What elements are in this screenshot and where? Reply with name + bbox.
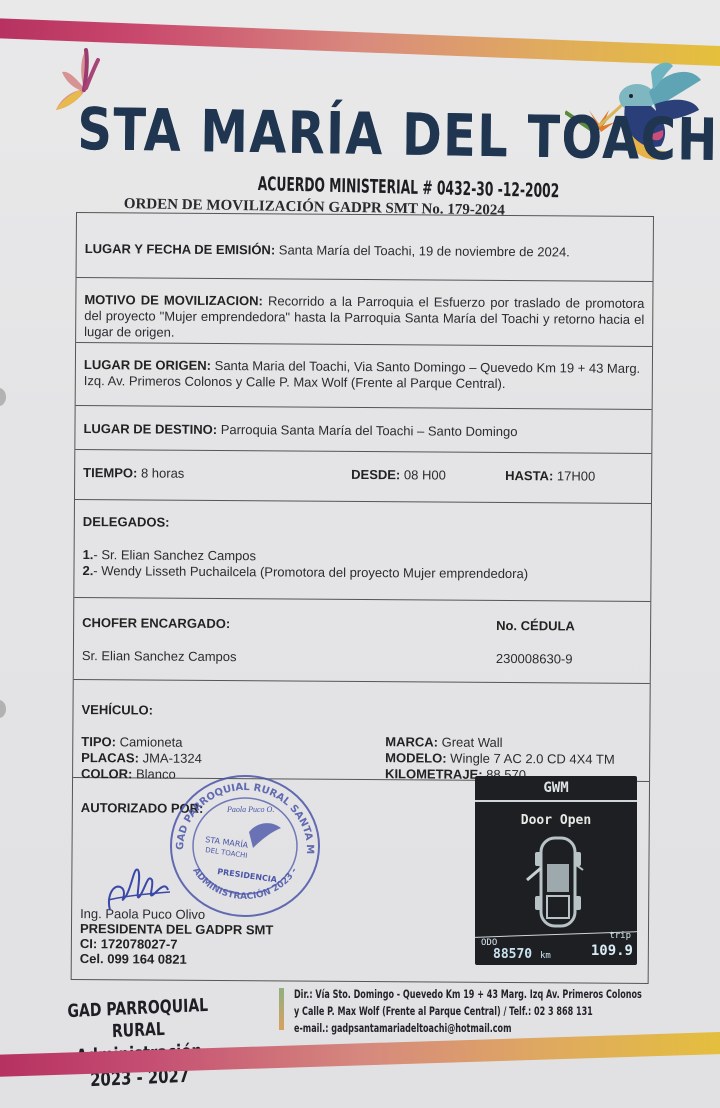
modelo-label: MODELO: — [385, 750, 446, 765]
delegados-label: DELEGADOS: — [83, 514, 643, 534]
acuerdo-ministerial: ACUERDO MINISTERIAL # 0432-30 -12-2002 — [258, 173, 560, 202]
signatory-cel: Cel. 099 164 0821 — [80, 951, 273, 967]
placas-value: JMA-1324 — [143, 750, 202, 765]
odo-unit: km — [540, 951, 551, 961]
odo-value: 88570 — [493, 947, 532, 962]
signature-icon — [104, 856, 174, 916]
marca-label: MARCA: — [385, 734, 438, 749]
odo-reading: 88570 km — [493, 947, 551, 962]
emision-value: Santa María del Toachi, 19 de noviembre … — [279, 242, 570, 259]
trip-label: trip — [609, 931, 631, 941]
svg-text:Paola Puco O.: Paola Puco O. — [226, 805, 274, 814]
origen-label: LUGAR DE ORIGEN: — [84, 357, 211, 373]
dashboard-divider — [475, 800, 637, 802]
footer-contact: Dir.: Vía Sto. Domingo - Quevedo Km 19 +… — [294, 986, 644, 1037]
tipo-value: Camioneta — [120, 734, 183, 749]
footer-organization: GAD PARROQUIAL RURAL Administración 2023… — [54, 994, 224, 1093]
placas-label: PLACAS: — [81, 750, 139, 765]
delegado-number: 1. — [83, 547, 94, 562]
vehiculo-row: VEHÍCULO: TIPO: Camioneta PLACAS: JMA-13… — [73, 680, 650, 782]
cedula-value: 230008630-9 — [496, 651, 573, 668]
hasta-value: 17H00 — [557, 468, 595, 483]
footer-accent-bar — [279, 988, 284, 1030]
desde-label: DESDE: — [351, 467, 400, 482]
destino-value: Parroquia Santa María del Toachi – Santo… — [221, 422, 518, 439]
official-stamp-icon: GAD PARROQUIAL RURAL SANTA MARÍA DEL TOA… — [165, 770, 325, 920]
svg-text:PRESIDENCIA: PRESIDENCIA — [217, 867, 279, 884]
desde-value: 08 H00 — [404, 467, 446, 482]
footer-email: e-mail.: gadpsantamariadeltoachi@hotmail… — [294, 1020, 644, 1037]
dashboard-brand: GWM — [475, 780, 637, 796]
footer-org-name: GAD PARROQUIAL RURAL — [54, 994, 223, 1045]
tiempo-row: TIEMPO: 8 horas DESDE: 08 H00 HASTA: 17H… — [75, 450, 651, 504]
motivo-row: MOTIVO DE MOVILIZACION: Recorrido a la P… — [76, 278, 652, 347]
tiempo-label: TIEMPO: — [83, 465, 137, 480]
delegado-name: - Sr. Elian Sanchez Campos — [93, 547, 256, 563]
trip-value: 109.9 — [591, 943, 633, 959]
car-door-open-icon — [523, 834, 593, 930]
binder-hole — [0, 700, 6, 718]
hasta-label: HASTA: — [505, 468, 553, 483]
delegado-item: 2.- Wendy Lisseth Puchailcela (Promotora… — [82, 563, 642, 583]
delegados-row: DELEGADOS: 1.- Sr. Elian Sanchez Campos … — [74, 500, 651, 602]
odometer-photo: GWM Door Open ODO 88570 km trip 109.9 — [475, 776, 637, 965]
footer-address-line2: y Calle P. Max Wolf (Frente al Parque Ce… — [294, 1003, 644, 1020]
destino-label: LUGAR DE DESTINO: — [83, 421, 217, 437]
tipo-label: TIPO: — [81, 734, 116, 749]
emision-row: LUGAR Y FECHA DE EMISIÓN: Santa María de… — [77, 213, 653, 282]
marca-value: Great Wall — [442, 735, 503, 750]
emision-label: LUGAR Y FECHA DE EMISIÓN: — [85, 241, 276, 257]
cedula-label: No. CÉDULA — [496, 618, 575, 635]
vehiculo-label: VEHÍCULO: — [81, 702, 641, 722]
origen-row: LUGAR DE ORIGEN: Santa Maria del Toachi,… — [76, 343, 652, 410]
delegado-number: 2. — [82, 563, 93, 578]
desde-field: DESDE: 08 H00 — [351, 467, 446, 484]
hasta-field: HASTA: 17H00 — [505, 468, 595, 485]
modelo-value: Wingle 7 AC 2.0 CD 4X4 TM — [450, 751, 615, 767]
signatory-role: PRESIDENTA DEL GADPR SMT — [80, 921, 273, 937]
marca-field: MARCA: Great Wall — [385, 734, 615, 752]
brand-title: STA MARÍA DEL TOACHI — [77, 95, 720, 174]
binder-hole — [0, 388, 6, 406]
motivo-label: MOTIVO DE MOVILIZACION: — [84, 292, 263, 308]
destino-row: LUGAR DE DESTINO: Parroquia Santa María … — [75, 406, 651, 454]
signatory-ci: CI: 172078027-7 — [80, 936, 273, 952]
delegado-name: - Wendy Lisseth Puchailcela (Promotora d… — [93, 563, 528, 581]
dashboard-message: Door Open — [475, 813, 637, 828]
chofer-row: CHOFER ENCARGADO: Sr. Elian Sanchez Camp… — [74, 598, 651, 684]
tiempo-value: 8 horas — [141, 465, 184, 480]
modelo-field: MODELO: Wingle 7 AC 2.0 CD 4X4 TM — [385, 750, 615, 768]
footer-address-line1: Dir.: Vía Sto. Domingo - Quevedo Km 19 +… — [294, 986, 644, 1003]
